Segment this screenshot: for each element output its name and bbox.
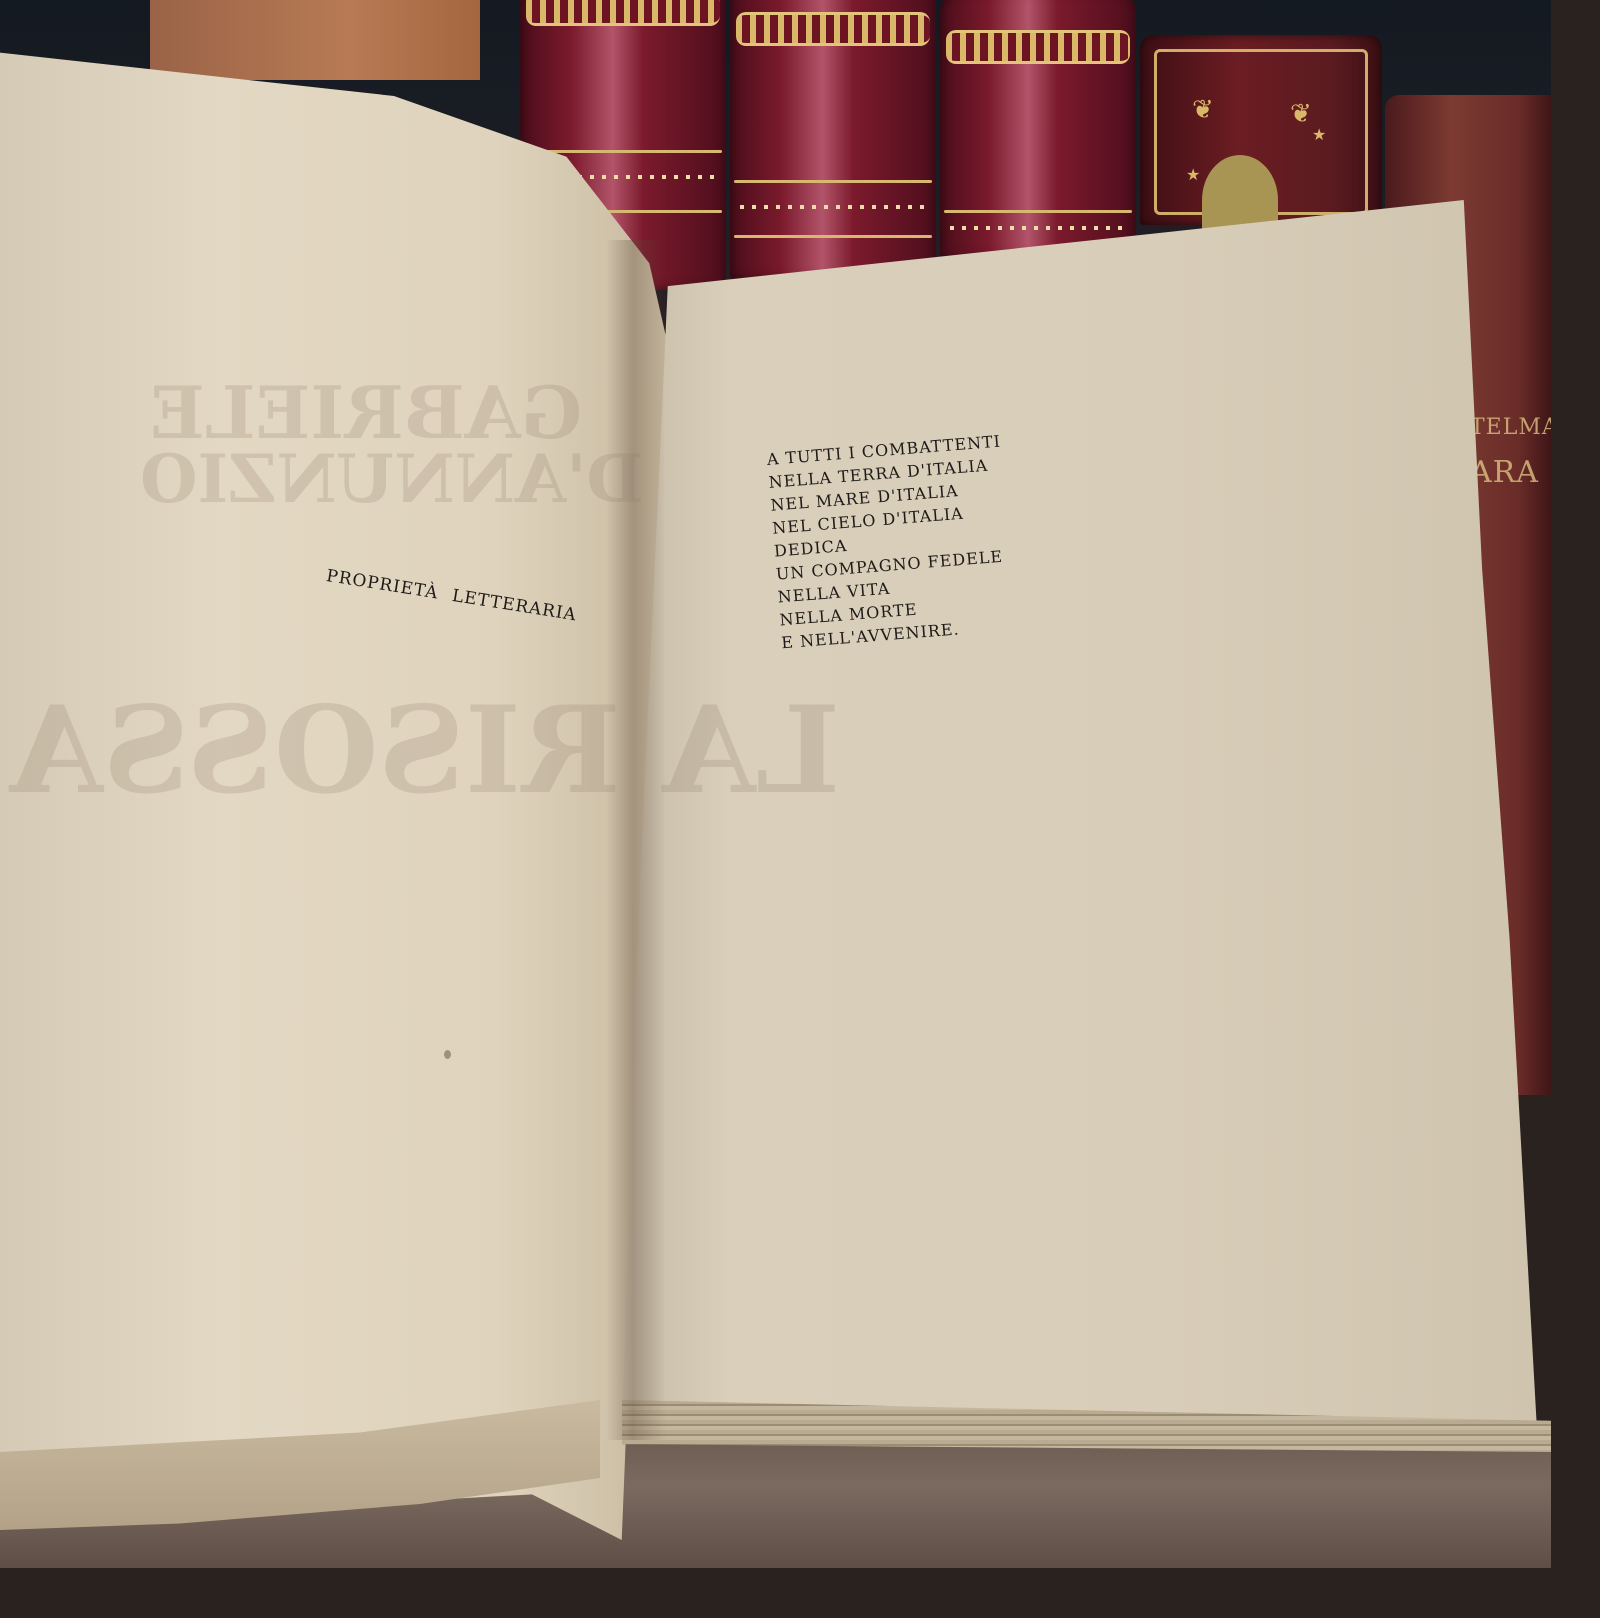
dedication-block: A TUTTI I COMBATTENTI NELLA TERRA D'ITAL… [766,424,1081,654]
red-leather-book-3 [940,0,1136,260]
paper-stain [444,1050,451,1059]
book-gutter [606,240,666,1440]
right-page [622,200,1537,1430]
brown-book-top [150,0,480,80]
red-leather-book-2 [730,0,936,280]
left-page [0,20,670,1540]
photo-scene: ❦ ❦ ★ ★ TELMAN ARA GABRIELE D'ANNUNZIO L… [0,0,1551,1568]
spine-title-fragment-1: TELMAN [1470,415,1550,440]
ornate-gilt-book: ❦ ❦ ★ ★ [1140,35,1382,225]
spine-title-fragment-2: ARA [1470,455,1550,490]
